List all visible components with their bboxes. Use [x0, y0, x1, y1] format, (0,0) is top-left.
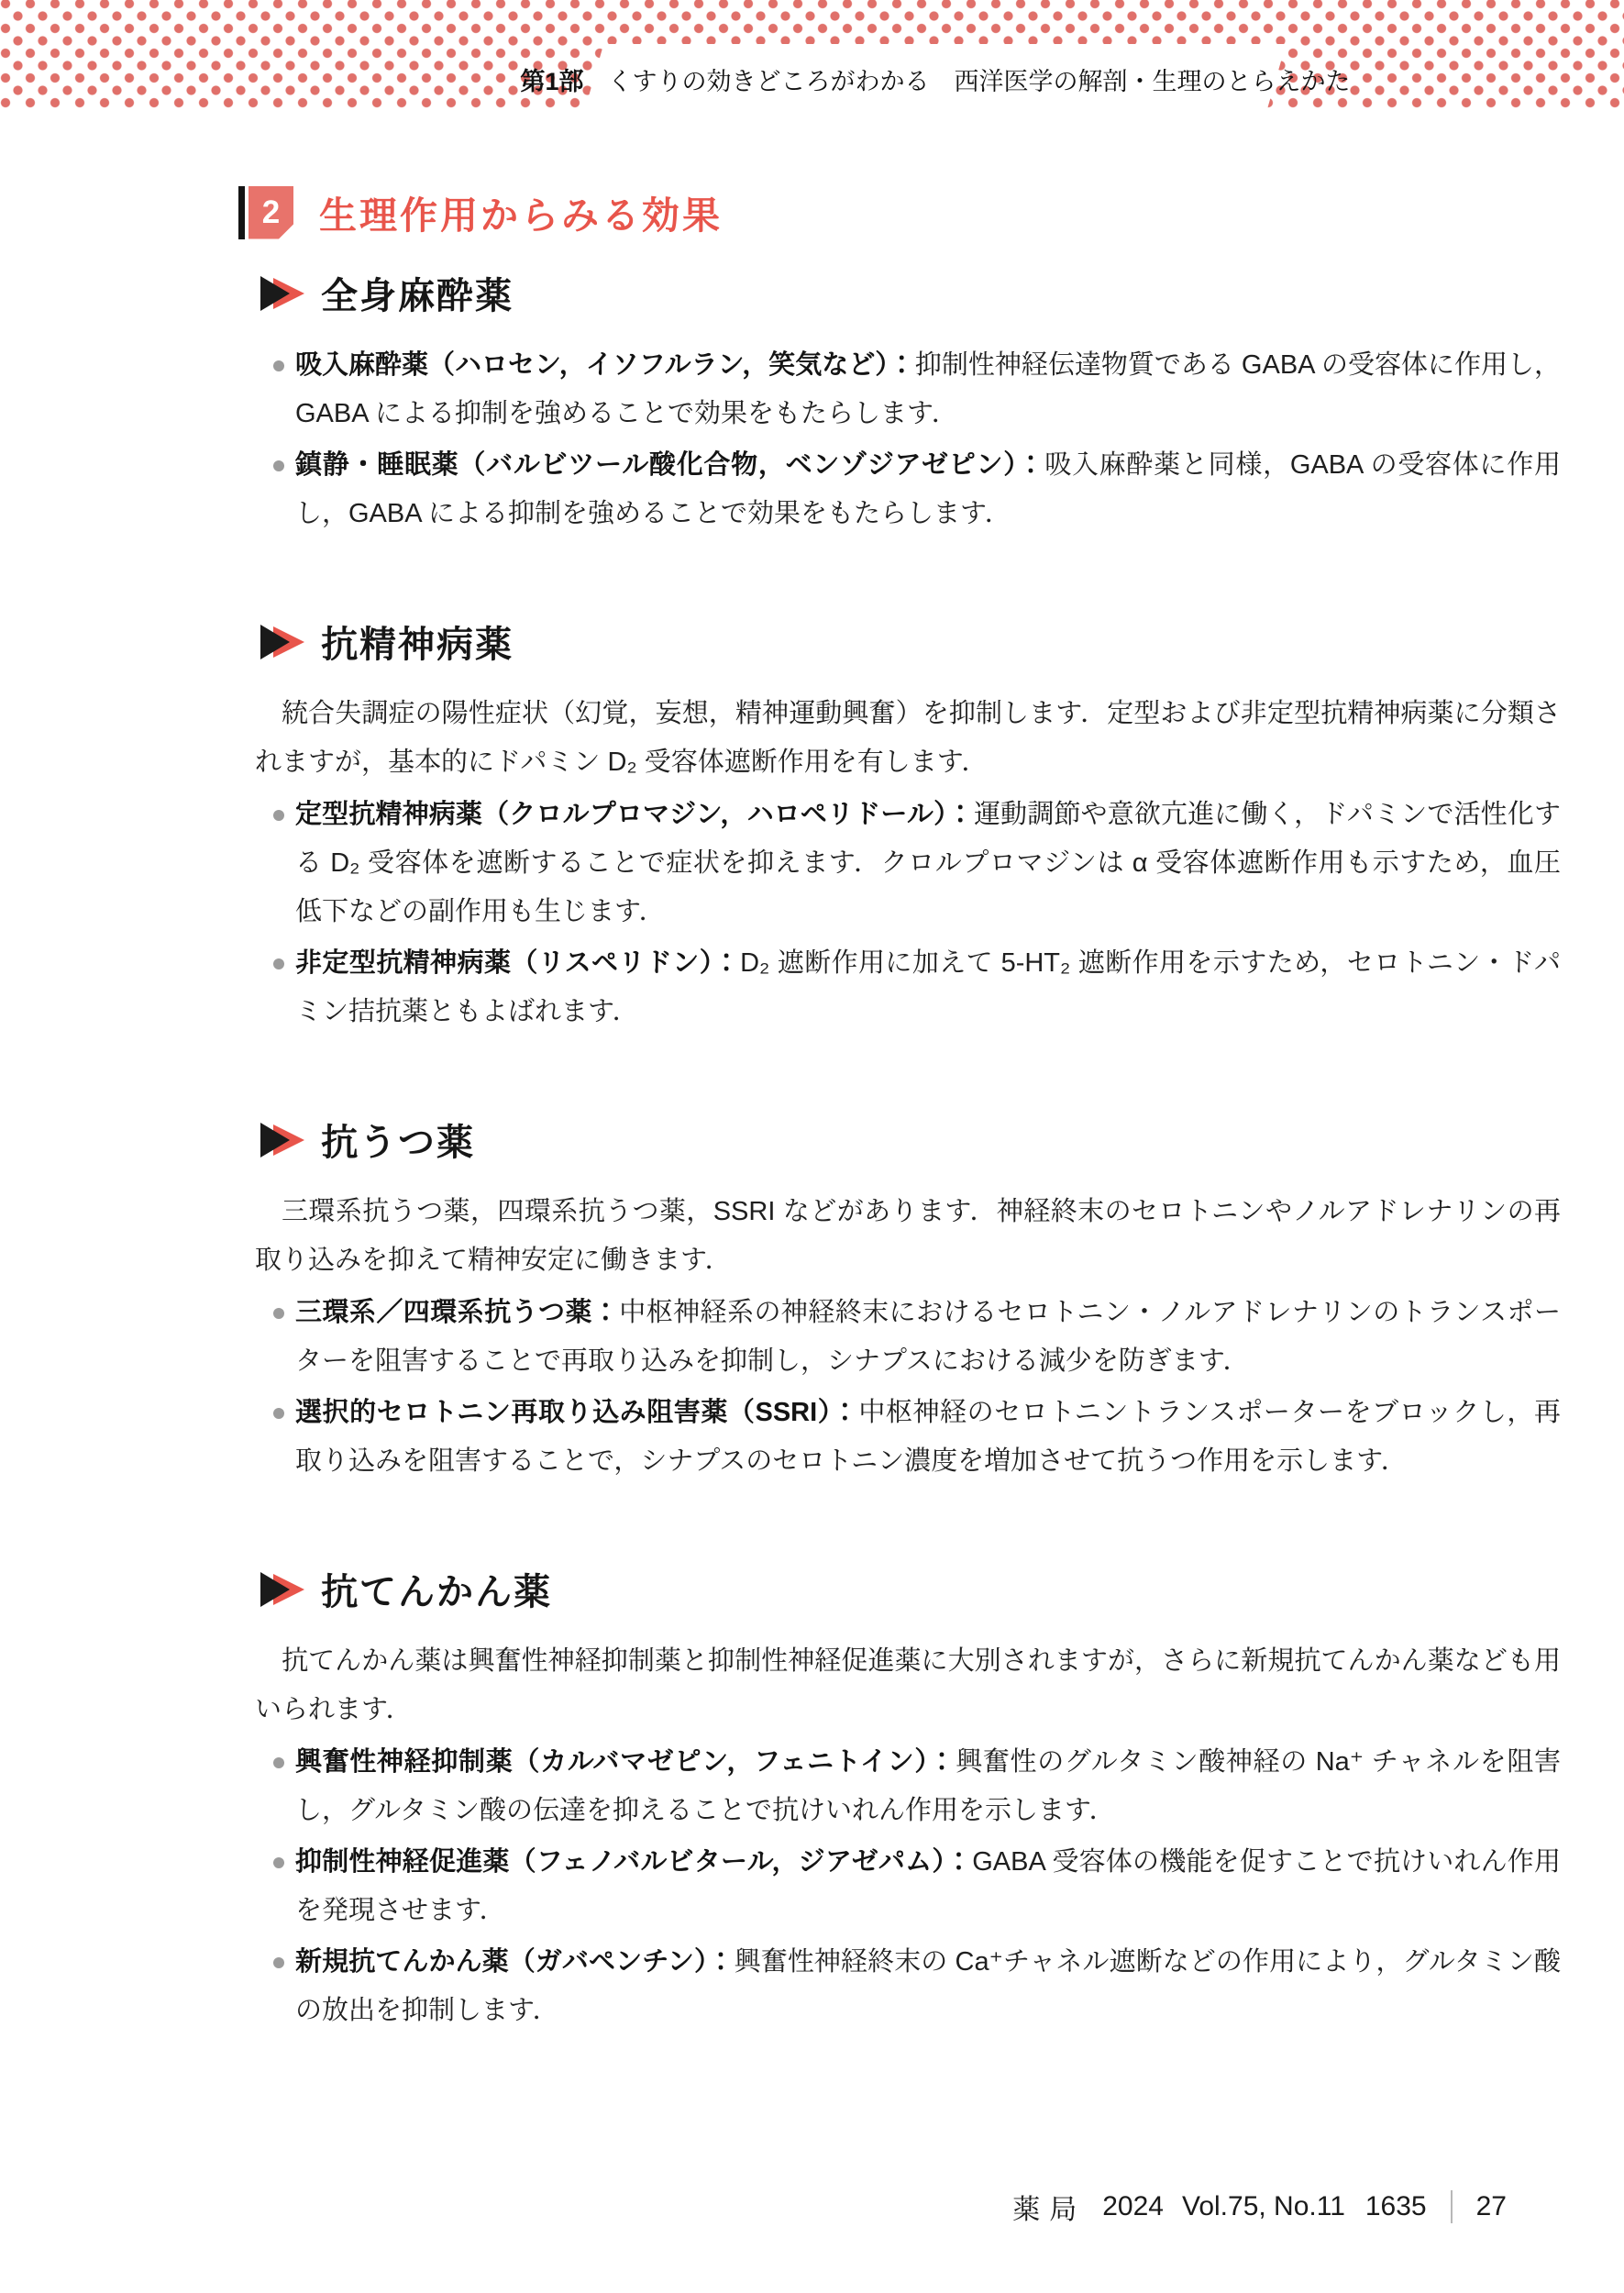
drug-lead: 非定型抗精神病薬（リスペリドン）：: [295, 948, 740, 978]
intro-paragraph: 統合失調症の陽性症状（幻覚，妄想，精神運動興奮）を抑制します．定型および非定型抗…: [255, 690, 1561, 787]
footer-year: 2024: [1102, 2191, 1164, 2222]
drug-lead: 抑制性神経促進薬（フェノバルビタール，ジアゼパム）：: [295, 1847, 972, 1877]
subsection-heading: 抗てんかん薬: [259, 1563, 1561, 1615]
drug-lead: 三環系／四環系抗うつ薬：: [295, 1298, 619, 1327]
section-header: 2 生理作用からみる効果: [238, 185, 1624, 239]
footer-serial-number: 1635: [1365, 2191, 1427, 2222]
badge-accent-bar: [238, 186, 245, 239]
subsection-heading: 抗精神病薬: [259, 615, 1561, 668]
drug-lead: 吸入麻酔薬（ハロセン，イソフルラン，笑気など）：: [295, 350, 915, 380]
drug-lead: 興奮性神経抑制薬（カルバマゼピン，フェニトイン）：: [295, 1747, 956, 1777]
intro-paragraph: 三環系抗うつ薬，四環系抗うつ薬，SSRI などがあります．神経終末のセロトニンや…: [255, 1188, 1561, 1285]
list-item: 定型抗精神病薬（クロルプロマジン，ハロペリドール）：運動調節や意欲亢進に働く，ド…: [255, 791, 1561, 936]
footer-volume: Vol.75, No.11: [1182, 2191, 1345, 2222]
book-page: 第1部 くすりの効きどころがわかる 西洋医学の解剖・生理のとらえかた 2 生理作…: [0, 0, 1624, 2293]
list-item: 抑制性神経促進薬（フェノバルビタール，ジアゼパム）：GABA 受容体の機能を促す…: [255, 1838, 1561, 1935]
journal-name: 薬局: [1012, 2187, 1086, 2227]
section-title: 生理作用からみる効果: [319, 185, 723, 239]
subsection-heading: 全身麻酔薬: [259, 267, 1561, 319]
running-header: 第1部 くすりの効きどころがわかる 西洋医学の解剖・生理のとらえかた: [587, 53, 1284, 105]
drug-list: 興奮性神経抑制薬（カルバマゼピン，フェニトイン）：興奮性のグルタミン酸神経の N…: [255, 1738, 1561, 2035]
running-header-title: くすりの効きどころがわかる 西洋医学の解剖・生理のとらえかた: [608, 61, 1351, 97]
drug-list: 吸入麻酔薬（ハロセン，イソフルラン，笑気など）：抑制性神経伝達物質である GAB…: [255, 341, 1561, 538]
drug-lead: 新規抗てんかん薬（ガバペンチン）：: [295, 1947, 735, 1977]
fast-forward-icon: [259, 624, 306, 660]
drug-list: 三環系／四環系抗うつ薬：中枢神経系の神経終末におけるセロトニン・ノルアドレナリン…: [255, 1289, 1561, 1486]
list-item: 吸入麻酔薬（ハロセン，イソフルラン，笑気など）：抑制性神経伝達物質である GAB…: [255, 341, 1561, 438]
dotted-header-band: 第1部 くすりの効きどころがわかる 西洋医学の解剖・生理のとらえかた: [0, 0, 1624, 110]
intro-paragraph: 抗てんかん薬は興奮性神経抑制薬と抑制性神経促進薬に大別されますが，さらに新規抗て…: [255, 1637, 1561, 1734]
list-item: 三環系／四環系抗うつ薬：中枢神経系の神経終末におけるセロトニン・ノルアドレナリン…: [255, 1289, 1561, 1386]
drug-lead: 定型抗精神病薬（クロルプロマジン，ハロペリドール）：: [295, 800, 974, 829]
section-number: 2: [249, 186, 293, 239]
drug-list: 定型抗精神病薬（クロルプロマジン，ハロペリドール）：運動調節や意欲亢進に働く，ド…: [255, 791, 1561, 1036]
page-footer: 薬局 2024 Vol.75, No.11 1635 27: [1012, 2187, 1507, 2227]
section-number-badge: 2: [238, 186, 293, 239]
fast-forward-icon: [259, 275, 306, 312]
list-item: 選択的セロトニン再取り込み阻害薬（SSRI）：中枢神経のセロトニントランスポータ…: [255, 1389, 1561, 1486]
list-item: 非定型抗精神病薬（リスペリドン）：D₂ 遮断作用に加えて 5-HT₂ 遮断作用を…: [255, 939, 1561, 1036]
footer-divider-bar: [1451, 2190, 1453, 2223]
drug-lead: 選択的セロトニン再取り込み阻害薬（SSRI）：: [295, 1398, 858, 1427]
list-item: 興奮性神経抑制薬（カルバマゼピン，フェニトイン）：興奮性のグルタミン酸神経の N…: [255, 1738, 1561, 1835]
page-number: 27: [1476, 2191, 1507, 2222]
subsection-heading: 抗うつ薬: [259, 1113, 1561, 1166]
content-column: 全身麻酔薬 吸入麻酔薬（ハロセン，イソフルラン，笑気など）：抑制性神経伝達物質で…: [255, 267, 1561, 2035]
subsection-heading-label: 抗うつ薬: [321, 1113, 475, 1166]
fast-forward-icon: [259, 1571, 306, 1608]
drug-lead: 鎮静・睡眠薬（バルビツール酸化合物，ベンゾジアゼピン）：: [295, 450, 1044, 480]
subsection-heading-label: 全身麻酔薬: [321, 267, 514, 319]
part-label: 第1部: [520, 61, 583, 97]
subsection-heading-label: 抗てんかん薬: [321, 1563, 552, 1615]
list-item: 鎮静・睡眠薬（バルビツール酸化合物，ベンゾジアゼピン）：吸入麻酔薬と同様，GAB…: [255, 441, 1561, 538]
fast-forward-icon: [259, 1122, 306, 1158]
subsection-heading-label: 抗精神病薬: [321, 615, 514, 668]
list-item: 新規抗てんかん薬（ガバペンチン）：興奮性神経終末の Ca⁺チャネル遮断などの作用…: [255, 1938, 1561, 2035]
